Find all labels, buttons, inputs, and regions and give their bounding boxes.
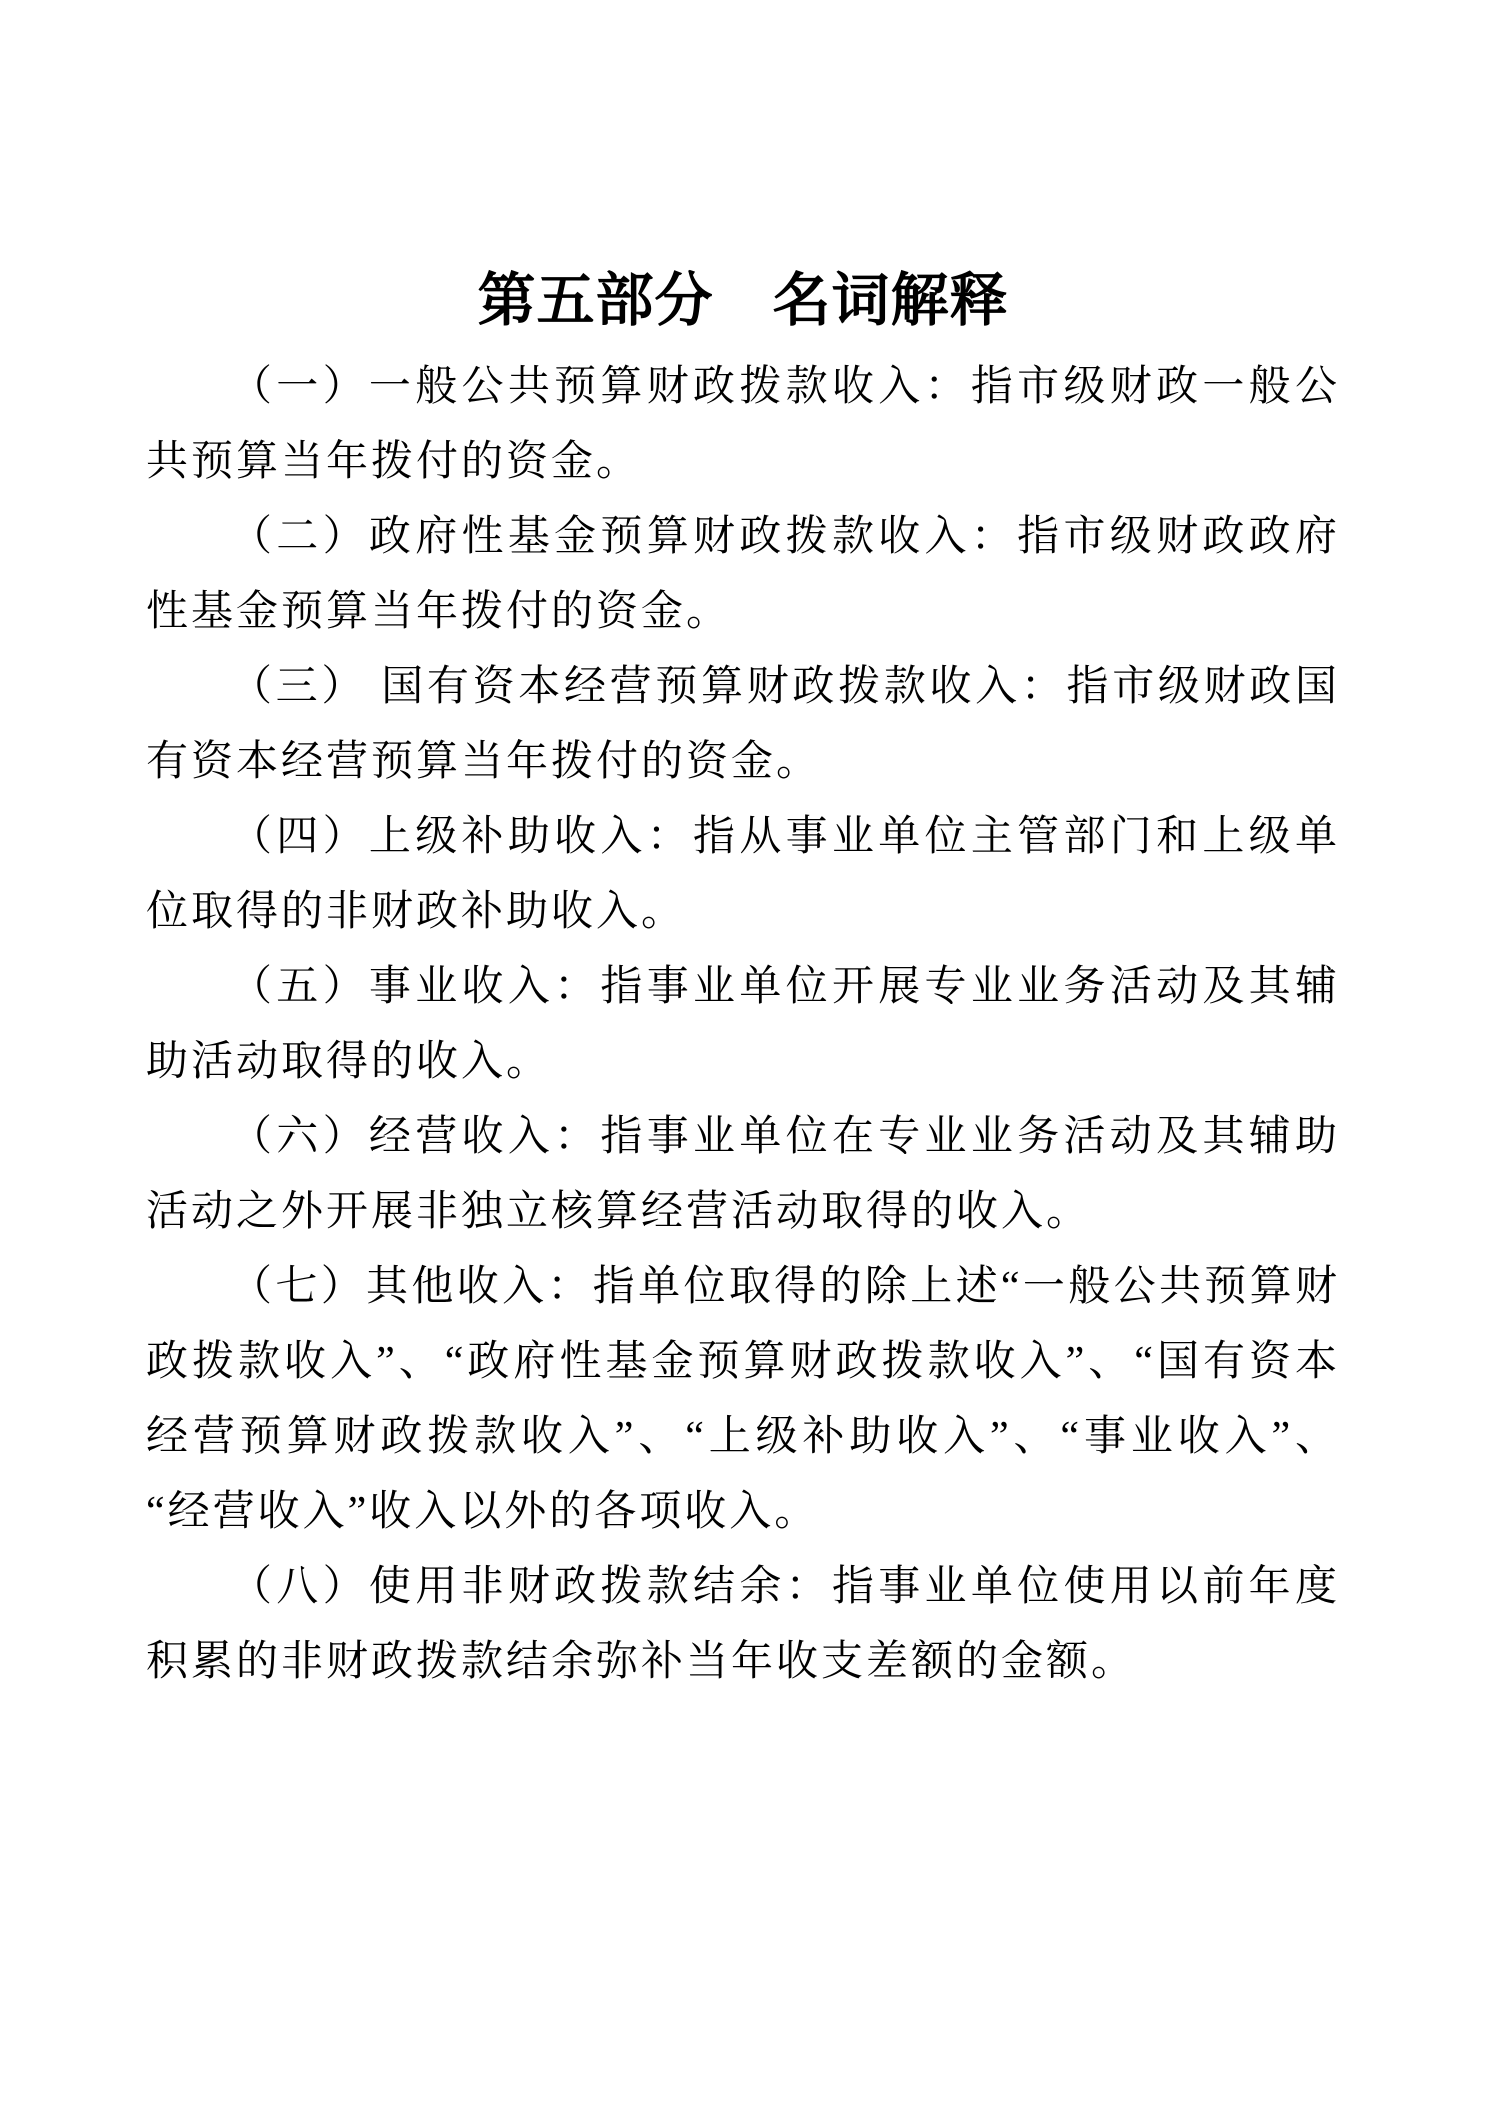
- paragraph-5: （五）事业收入：指事业单位开展专业业务活动及其辅助活动取得的收入。: [146, 950, 1340, 1100]
- paragraph-8: （八）使用非财政拨款结余：指事业单位使用以前年度积累的非财政拨款结余弥补当年收支…: [146, 1550, 1340, 1700]
- paragraph-6: （六）经营收入：指事业单位在专业业务活动及其辅助活动之外开展非独立核算经营活动取…: [146, 1100, 1340, 1250]
- page-title: 第五部分 名词解释: [146, 270, 1340, 332]
- paragraph-1: （一）一般公共预算财政拨款收入：指市级财政一般公共预算当年拨付的资金。: [146, 350, 1340, 500]
- document-body: （一）一般公共预算财政拨款收入：指市级财政一般公共预算当年拨付的资金。 （二）政…: [146, 350, 1340, 1700]
- paragraph-3: （三） 国有资本经营预算财政拨款收入：指市级财政国有资本经营预算当年拨付的资金。: [146, 650, 1340, 800]
- paragraph-7: （七）其他收入：指单位取得的除上述“一般公共预算财政拨款收入”、“政府性基金预算…: [146, 1250, 1340, 1550]
- document-page: 第五部分 名词解释 （一）一般公共预算财政拨款收入：指市级财政一般公共预算当年拨…: [0, 0, 1486, 2103]
- paragraph-2: （二）政府性基金预算财政拨款收入：指市级财政政府性基金预算当年拨付的资金。: [146, 500, 1340, 650]
- paragraph-4: （四）上级补助收入：指从事业单位主管部门和上级单位取得的非财政补助收入。: [146, 800, 1340, 950]
